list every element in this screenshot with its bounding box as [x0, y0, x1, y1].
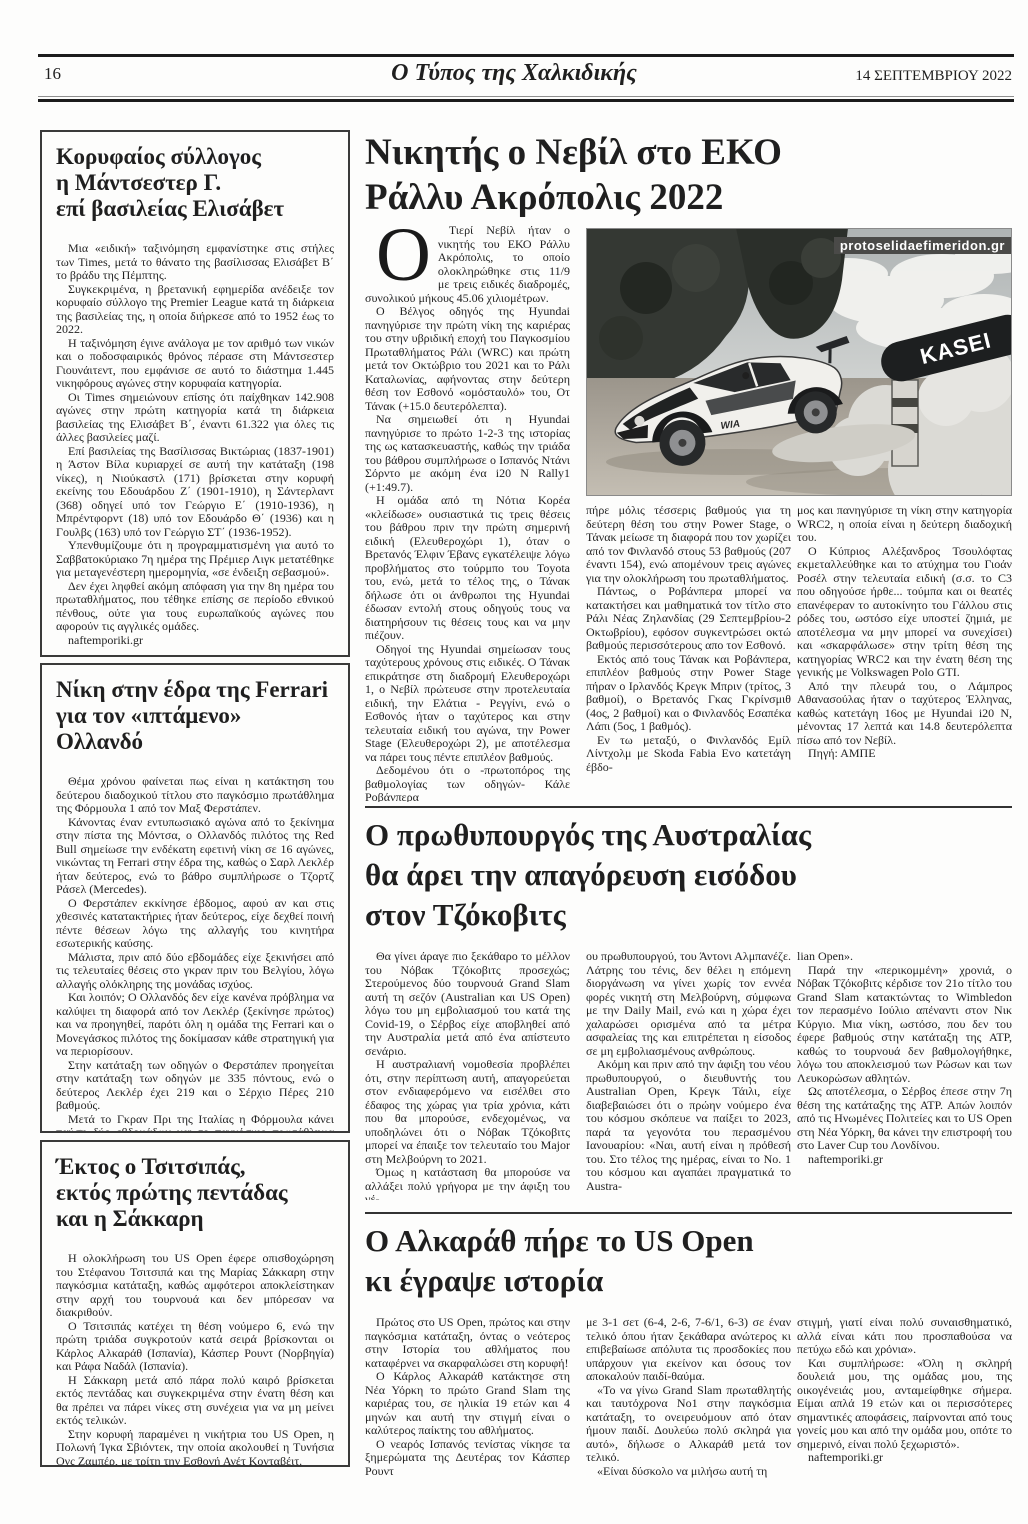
rally-headline: Νικητής ο Νεβίλ στο ΕΚΟΡάλλυ Ακρόπολις 2…	[365, 130, 1012, 220]
paragraph: Και συμπλήρωσε: «Όλη η σκληρή δουλειά μο…	[797, 1357, 1012, 1452]
paragraph: Και λοιπόν; Ο Ολλανδός δεν είχε κανένα π…	[56, 991, 334, 1059]
paragraph: Στην κορυφή παραμένει η νικήτρια του US …	[56, 1428, 334, 1468]
paragraph: Η ταξινόμηση έγινε ανάλογα με τον αριθμό…	[56, 337, 334, 391]
paragraph: Οδηγοί της Hyundai σημείωσαν τους ταχύτε…	[365, 643, 570, 765]
car-sponsor-text: WIA	[720, 419, 741, 432]
article-manchester-title: Κορυφαίος σύλλογοςη Μάντσεστερ Γ.επί βασ…	[56, 144, 334, 222]
djokovic-column-1: Θα γίνει άραγε πιο ξεκάθαρο το μέλλον το…	[365, 950, 570, 1200]
paragraph: Η ολοκλήρωση του US Open έφερε οπισθοχώρ…	[56, 1252, 334, 1320]
article-tsitsipas: Έκτος ο Τσιτσιπάς,εκτός πρώτης πεντάδαςκ…	[40, 1140, 350, 1467]
alcaraz-column-3: στιγμή, γιατί είναι πολύ συναισθηματικό,…	[797, 1316, 1012, 1516]
title-line: για τον «ιπτάμενο» Ολλανδό	[56, 703, 334, 755]
paragraph: Ως αποτέλεσμα, ο Σέρβος έπεσε στην 7η θέ…	[797, 1085, 1012, 1153]
paragraph: Μια «ειδική» ταξινόμηση εμφανίστηκε στις…	[56, 242, 334, 283]
djokovic-headline: Ο πρωθυπουργός της Αυστραλίαςθα άρει την…	[365, 815, 1012, 935]
paragraph: Εν τω μεταξύ, ο Φινλανδός Εμίλ Λίντχολμ …	[586, 734, 791, 775]
paragraph: με 3-1 σετ (6-4, 2-6, 7-6/1, 6-3) σε ένα…	[586, 1316, 791, 1384]
alcaraz-column-2: με 3-1 σετ (6-4, 2-6, 7-6/1, 6-3) σε ένα…	[586, 1316, 791, 1516]
paragraph: Ο νεαρός Ισπανός τενίστας νίκησε τα ξημε…	[365, 1438, 570, 1479]
paragraph: Ο Κάρλος Αλκαράθ κατάκτησε στη Νέα Υόρκη…	[365, 1370, 570, 1438]
djokovic-column-2: ου πρωθυπουργού, του Άντονι Αλμπανέζε. Λ…	[586, 950, 791, 1200]
headline-line: στον Τζόκοβιτς	[365, 895, 1012, 935]
headline-line: Ο πρωθυπουργός της Αυστραλίας	[365, 815, 1012, 855]
paragraph: Ο Βέλγος οδηγός της Hyundai πανηγύρισε τ…	[365, 305, 570, 413]
headline-line: θα άρει την απαγόρευση εισόδου	[365, 855, 1012, 895]
paragraph: Μετά το Γκραν Πρι της Ιταλίας η Φόρμουλα…	[56, 1113, 334, 1134]
rally-column-3: μος και πανηγύρισε τη νίκη στην κατηγορί…	[797, 504, 1012, 800]
paragraph: «Το να γίνω Grand Slam πρωταθλητής και τ…	[586, 1384, 791, 1465]
paragraph: Οι Times σημειώνουν επίσης ότι παίχθηκαν…	[56, 391, 334, 445]
paragraph: Θα γίνει άραγε πιο ξεκάθαρο το μέλλον το…	[365, 950, 570, 1058]
paragraph: Στην κατάταξη των οδηγών ο Φερστάπεν προ…	[56, 1059, 334, 1113]
issue-date: 14 ΣΕΠΤΕΜΒΡΙΟΥ 2022	[855, 68, 1012, 85]
paragraph: Ο Τσιτσιπάς κατέχει τη θέση νούμερο 6, ε…	[56, 1320, 334, 1374]
paragraph: Να σημειωθεί ότι η Hyundai πανηγύρισε το…	[365, 413, 570, 494]
article-manchester-body: Μια «ειδική» ταξινόμηση εμφανίστηκε στις…	[56, 242, 334, 647]
paragraph: Ο Κύπριος Αλέξανδρος Τσουλόφτας εκμεταλλ…	[797, 545, 1012, 680]
article-ferrari-body: Θέμα χρόνου φαίνεται πως είναι η κατάκτη…	[56, 775, 334, 1133]
rally-column-1: ΟΤιερί Νεβίλ ήταν ο νικητής του ΕΚΟ Ράλλ…	[365, 224, 570, 802]
paragraph: lian Open».	[797, 950, 1012, 964]
header-top-rule	[38, 54, 1014, 57]
title-line: Νίκη στην έδρα της Ferrari	[56, 677, 334, 703]
rally-column-2: πήρε μόλις τέσσερις βαθμούς για τη δεύτε…	[586, 504, 791, 800]
paragraph: Πάντως, ο Ροβάνπερα μπορεί να κατακτήσει…	[586, 585, 791, 653]
rally-photo: KASEI WIA protoselidaefimeridon.gr	[586, 228, 1012, 496]
rally-lead-paragraph: ΟΤιερί Νεβίλ ήταν ο νικητής του ΕΚΟ Ράλλ…	[365, 224, 570, 305]
paragraph: «Είναι δύσκολο να μιλήσω αυτή τη	[586, 1465, 791, 1479]
paragraph: Όμως η κατάσταση θα μπορούσε να αλλάξει …	[365, 1166, 570, 1200]
paragraph: Δεδομένου ότι ο -πρωτοπόρος της βαθμολογ…	[365, 764, 570, 802]
paragraph: Ο Φερστάπεν εκκίνησε έβδομος, αφού αν κα…	[56, 897, 334, 951]
paragraph: Θέμα χρόνου φαίνεται πως είναι η κατάκτη…	[56, 775, 334, 816]
article-tsitsipas-body: Η ολοκλήρωση του US Open έφερε οπισθοχώρ…	[56, 1252, 334, 1467]
paragraph: Ακόμη και πριν από την άφιξη του νέου πρ…	[586, 1058, 791, 1193]
djokovic-section-rule	[365, 806, 1012, 808]
photo-watermark: protoselidaefimeridon.gr	[834, 237, 1011, 254]
title-line: επί βασιλείας Ελισάβετ	[56, 196, 334, 222]
article-ferrari: Νίκη στην έδρα της Ferrariγια τον «ιπτάμ…	[40, 663, 350, 1133]
paragraph: Κάνοντας έναν εντυπωσιακό αγώνα από το ξ…	[56, 816, 334, 897]
paragraph: Δεν έχει ληφθεί ακόμη απόφαση για την 8η…	[56, 580, 334, 634]
alcaraz-headline: Ο Αλκαράθ πήρε το US Openκι έγραψε ιστορ…	[365, 1221, 1012, 1301]
article-manchester: Κορυφαίος σύλλογοςη Μάντσεστερ Γ.επί βασ…	[40, 130, 350, 657]
paragraph: ου πρωθυπουργού, του Άντονι Αλμπανέζε. Λ…	[586, 950, 791, 1058]
paragraph: Εκτός από τους Τάνακ και Ροβάνπερα, επιπ…	[586, 653, 791, 734]
paragraph: naftemporiki.gr	[797, 1153, 1012, 1167]
headline-line: κι έγραψε ιστορία	[365, 1261, 1012, 1301]
article-ferrari-title: Νίκη στην έδρα της Ferrariγια τον «ιπτάμ…	[56, 677, 334, 755]
paragraph: Παρά την «περικομμένη» χρονιά, ο Νόβακ Τ…	[797, 964, 1012, 1086]
paragraph: Μάλιστα, πριν από δύο εβδομάδες είχε ξεκ…	[56, 951, 334, 992]
paragraph: Από την πλευρά του, ο Λάμπρος Αθανασούλα…	[797, 680, 1012, 748]
rally-photo-illustration: KASEI WIA	[586, 228, 1012, 496]
paragraph: Η αυστραλιανή νομοθεσία προβλέπει ότι, σ…	[365, 1058, 570, 1166]
title-line: η Μάντσεστερ Γ.	[56, 170, 334, 196]
title-line: εκτός πρώτης πεντάδας	[56, 1180, 334, 1206]
paragraph: Η ομάδα από τη Νότια Κορέα «κλείδωσε» ου…	[365, 494, 570, 643]
paragraph: naftemporiki.gr	[56, 634, 334, 648]
paragraph: naftemporiki.gr	[797, 1451, 1012, 1465]
article-tsitsipas-title: Έκτος ο Τσιτσιπάς,εκτός πρώτης πεντάδαςκ…	[56, 1154, 334, 1232]
paragraph: Η Σάκκαρη μετά από πάρα πολύ καιρό βρίσκ…	[56, 1374, 334, 1428]
djokovic-column-3: lian Open».Παρά την «περικομμένη» χρονιά…	[797, 950, 1012, 1200]
paragraph: Πηγή: ΑΜΠΕ	[797, 747, 1012, 761]
rally-column-1-paragraphs: Ο Βέλγος οδηγός της Hyundai πανηγύρισε τ…	[365, 305, 570, 802]
newspaper-page: { "page": { "number": "16", "masthead": …	[0, 0, 1028, 1524]
paragraph: στιγμή, γιατί είναι πολύ συναισθηματικό,…	[797, 1316, 1012, 1357]
title-line: Κορυφαίος σύλλογος	[56, 144, 334, 170]
title-line: και η Σάκκαρη	[56, 1206, 334, 1232]
alcaraz-section-rule	[365, 1212, 1012, 1214]
title-line: Έκτος ο Τσιτσιπάς,	[56, 1154, 334, 1180]
headline-line: Ράλλυ Ακρόπολις 2022	[365, 175, 1012, 220]
header-bottom-rule	[38, 96, 1014, 102]
headline-line: Ο Αλκαράθ πήρε το US Open	[365, 1221, 1012, 1261]
paragraph: μος και πανηγύρισε τη νίκη στην κατηγορί…	[797, 504, 1012, 545]
paragraph: Πρώτος στο US Open, πρώτος και στην παγκ…	[365, 1316, 570, 1370]
paragraph: Υπενθυμίζουμε ότι η προγραμματισμένη για…	[56, 539, 334, 580]
paragraph: Συγκεκριμένα, η βρετανική εφημερίδα ανέδ…	[56, 283, 334, 337]
paragraph: Επί βασιλείας της Βασίλισσας Βικτώριας (…	[56, 445, 334, 540]
drop-cap: Ο	[365, 224, 438, 284]
headline-line: Νικητής ο Νεβίλ στο ΕΚΟ	[365, 130, 1012, 175]
alcaraz-column-1: Πρώτος στο US Open, πρώτος και στην παγκ…	[365, 1316, 570, 1516]
paragraph: πήρε μόλις τέσσερις βαθμούς για τη δεύτε…	[586, 504, 791, 585]
